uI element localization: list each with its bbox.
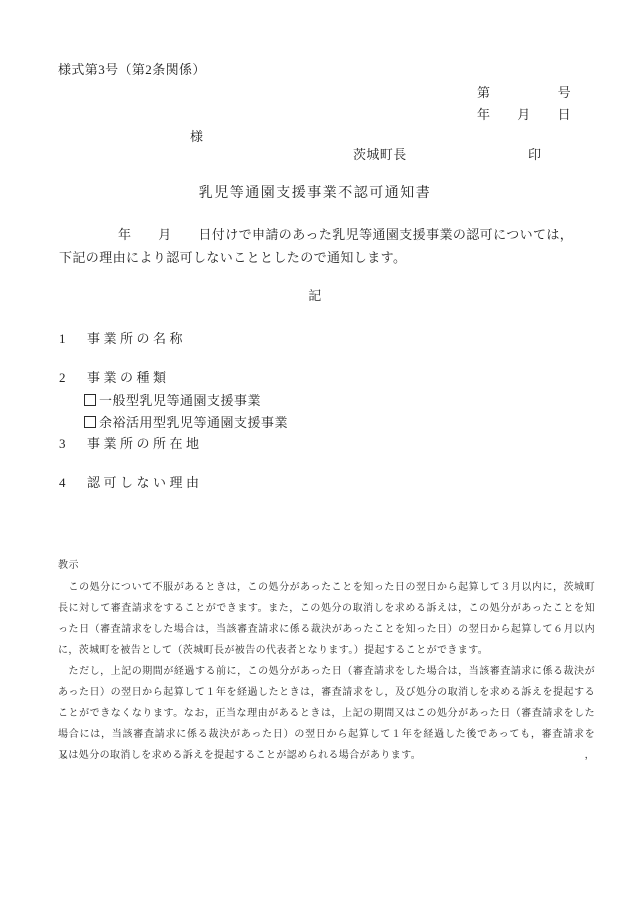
date-year-label: 年 — [477, 107, 490, 124]
item-reason-for-denial: 4認可しない理由 — [59, 475, 203, 492]
notice-line: った日（審査請求をした場合は，当該審査請求に係る裁決があったことを知った日）の翌… — [58, 619, 595, 640]
appeal-notice-text: この処分について不服があるときは，この処分があったことを知った日の翌日から起算し… — [58, 577, 595, 766]
date-month-label: 月 — [517, 107, 530, 124]
item-business-type: 2事業の種類 — [59, 370, 170, 387]
checkbox-icon — [84, 394, 96, 406]
checkbox-option-label: 余裕活用型乳児等通園支援事業 — [99, 415, 288, 430]
notice-line: ことができなくなります。なお，正当な理由があるときは，上記の期間又はこの処分があ… — [58, 703, 595, 724]
notice-line: に，茨城町を被告として（茨城町長が被告の代表者となります。）提起することができま… — [58, 640, 595, 661]
item-number: 4 — [59, 475, 87, 492]
item-business-name: 1事業所の名称 — [59, 331, 186, 348]
notice-line: この処分について不服があるときは，この処分があったことを知った日の翌日から起算し… — [58, 577, 595, 598]
date-day-label: 日 — [558, 107, 571, 124]
body-paragraph-line-2: 下記の理由により認可しないこととしたので通知します。 — [59, 250, 579, 267]
body-paragraph-line-1: 年 月 日付けで申請のあった乳児等通園支援事業の認可については， — [118, 227, 588, 244]
checkbox-icon — [84, 416, 96, 428]
item-label: 事業の種類 — [87, 370, 170, 385]
date-line: 年 月 日 — [477, 107, 571, 124]
document-page: 様式第3号（第2条関係） 第 号 年 月 日 様 茨城町長 印 乳児等通園支援事… — [0, 0, 630, 903]
doc-number-suffix: 号 — [558, 85, 571, 102]
item-label: 事業所の所在地 — [87, 436, 203, 451]
notice-line: ただし，上記の期間が経過する前に，この処分があった日（審査請求をした場合は，当該… — [58, 661, 595, 682]
notice-line: 場合には，当該審査請求に係る裁決があった日）の翌日から起算して１年を経過した後で… — [58, 724, 595, 745]
item-number: 2 — [59, 370, 87, 387]
item-business-address: 3事業所の所在地 — [59, 436, 203, 453]
item-number: 3 — [59, 436, 87, 453]
seal-mark: 印 — [528, 147, 541, 164]
appeal-notice-header: 教示 — [58, 559, 79, 572]
issuer-name: 茨城町長 — [353, 147, 407, 164]
form-number-label: 様式第3号（第2条関係） — [58, 62, 206, 79]
addressee-honorific: 様 — [190, 129, 203, 146]
checkbox-option-label: 一般型乳児等通園支援事業 — [99, 393, 261, 408]
item-label: 認可しない理由 — [87, 475, 203, 490]
record-marker: 記 — [0, 288, 630, 305]
doc-number-prefix: 第 — [477, 85, 490, 102]
checkbox-option-general-type: 一般型乳児等通園支援事業 — [84, 393, 261, 410]
doc-number-line: 第 号 — [477, 85, 571, 102]
document-title: 乳児等通園支援事業不認可通知書 — [0, 185, 630, 203]
notice-line: あった日）の翌日から起算して１年を経過したときは，審査請求をし，及び処分の取消し… — [58, 682, 595, 703]
checkbox-option-spare-capacity-type: 余裕活用型乳児等通園支援事業 — [84, 415, 288, 432]
item-label: 事業所の名称 — [87, 331, 186, 346]
notice-line: 長に対して審査請求をすることができます。また，この処分の取消しを求める訴えは，こ… — [58, 598, 595, 619]
item-number: 1 — [59, 331, 87, 348]
